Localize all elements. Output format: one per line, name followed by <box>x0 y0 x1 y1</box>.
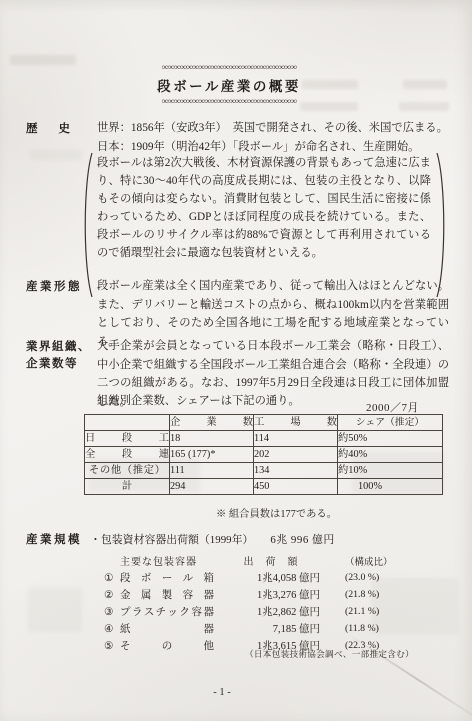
list-item-share: (11.8 %) <box>345 623 389 634</box>
scale-headline-label: ・包装資材容器出荷額（1999年） <box>90 534 253 546</box>
row-share: 約40% <box>338 447 443 463</box>
section-label-scale: 産業規模 <box>26 531 82 547</box>
list-item-name: 段ボール箱 <box>120 570 214 585</box>
list-item-name: 紙器 <box>120 621 214 636</box>
table-date: 2000／7月 <box>366 399 419 415</box>
table-row: 日段工 18 114 約50% <box>85 431 443 447</box>
chain-ornament-icon: ∞∞∞∞∞∞∞∞∞∞∞∞∞∞∞∞∞∞∞∞∞∞ <box>0 98 458 105</box>
scale-headline-value: 6兆 996 億円 <box>270 534 334 546</box>
industry-note: 段ボールは第2次大戦後、木材資源保護の背景もあって急速に広まり、特に30～40年… <box>97 154 431 262</box>
row-name: 全段連 <box>85 447 170 463</box>
section-label-organization: 業界組織、 <box>26 338 91 354</box>
header-share: シェア（推定） <box>338 415 443 431</box>
row-name: 日段工 <box>85 431 170 447</box>
list-item-number: ④ <box>104 623 120 635</box>
row-factories: 450 <box>254 479 338 495</box>
list-item-number: ① <box>104 572 120 584</box>
table-row: 全段連 165 (177)* 202 約40% <box>85 447 443 463</box>
list-header-share: （構成比） <box>345 554 389 568</box>
row-companies: 111 <box>170 463 254 479</box>
list-header-amount: 出 荷 額 <box>222 553 320 568</box>
bleed-through-smudge <box>30 150 82 160</box>
page-number: - 1 - <box>0 687 444 698</box>
section-label-industry-form: 産業形態 <box>26 278 82 294</box>
table-row-total: 計 294 450 100% <box>85 479 443 495</box>
row-name: 計 <box>85 479 170 495</box>
list-item-amount: 1兆2,862 億円 <box>222 604 320 619</box>
list-item-amount: 1兆3,276 億円 <box>222 587 320 602</box>
history-line-world: 世界：1856年（安政3年） 英国で開発され、その後、米国で広まる。 <box>97 119 449 138</box>
list-item-share: (23.0 %) <box>345 572 389 583</box>
title-block: ∞∞∞∞∞∞∞∞∞∞∞∞∞∞∞∞∞∞∞∞∞∞ 段ボール産業の概要 ∞∞∞∞∞∞∞… <box>0 63 458 106</box>
list-item-name: その他 <box>120 638 214 653</box>
bleed-through-smudge <box>28 588 82 632</box>
header-factories: 工場数 <box>254 415 338 431</box>
organization-table: 企業数 工場数 シェア（推定） 日段工 18 114 約50% 全段連 165 … <box>84 414 443 495</box>
data-source-note: （日本包装技術協会調べ、一部推定含む） <box>245 648 414 660</box>
list-header-item: 主要な包装容器 <box>120 553 214 568</box>
row-share: 100% <box>338 479 443 495</box>
table-footnote: ※ 組合員数は177である。 <box>216 505 337 520</box>
list-item-share: (21.1 %) <box>345 606 389 617</box>
row-companies: 165 (177)* <box>170 447 254 463</box>
list-item-number: ③ <box>104 606 120 618</box>
list-item-amount: 7,185 億円 <box>222 621 320 636</box>
section-label-organization-2: 企業数等 <box>26 355 78 371</box>
large-paren-left <box>81 151 93 299</box>
list-item-name: プラスチック容器 <box>120 604 214 619</box>
row-factories: 134 <box>254 463 338 479</box>
header-blank <box>85 415 170 431</box>
list-item-number: ⑤ <box>104 640 120 652</box>
table-header-row: 企業数 工場数 シェア（推定） <box>85 415 443 431</box>
row-factories: 202 <box>254 447 338 463</box>
packaging-container-list: 主要な包装容器 出 荷 額 （構成比） ① 段ボール箱 1兆4,058 億円 (… <box>104 552 389 654</box>
chain-ornament-icon: ∞∞∞∞∞∞∞∞∞∞∞∞∞∞∞∞∞∞∞∞∞∞ <box>0 64 458 71</box>
list-item-name: 金属製容器 <box>120 587 214 602</box>
row-share: 約10% <box>338 463 443 479</box>
row-companies: 294 <box>170 479 254 495</box>
row-companies: 18 <box>170 431 254 447</box>
section-label-history: 歴史 <box>26 120 70 136</box>
table-row: その他（推定） 111 134 約10% <box>85 463 443 479</box>
list-item-number: ② <box>104 589 120 601</box>
list-item-amount: 1兆4,058 億円 <box>222 570 320 585</box>
list-item-share: (21.8 %) <box>345 589 389 600</box>
page-title: 段ボール産業の概要 <box>0 75 458 95</box>
scanned-document-page: ∞∞∞∞∞∞∞∞∞∞∞∞∞∞∞∞∞∞∞∞∞∞ 段ボール産業の概要 ∞∞∞∞∞∞∞… <box>0 0 472 721</box>
scale-headline: ・包装資材容器出荷額（1999年）6兆 996 億円 <box>90 531 335 547</box>
row-name: その他（推定） <box>85 463 170 479</box>
history-text: 世界：1856年（安政3年） 英国で開発され、その後、米国で広まる。 日本：19… <box>97 119 449 156</box>
row-share: 約50% <box>338 431 443 447</box>
header-companies: 企業数 <box>170 415 254 431</box>
row-factories: 114 <box>254 431 338 447</box>
